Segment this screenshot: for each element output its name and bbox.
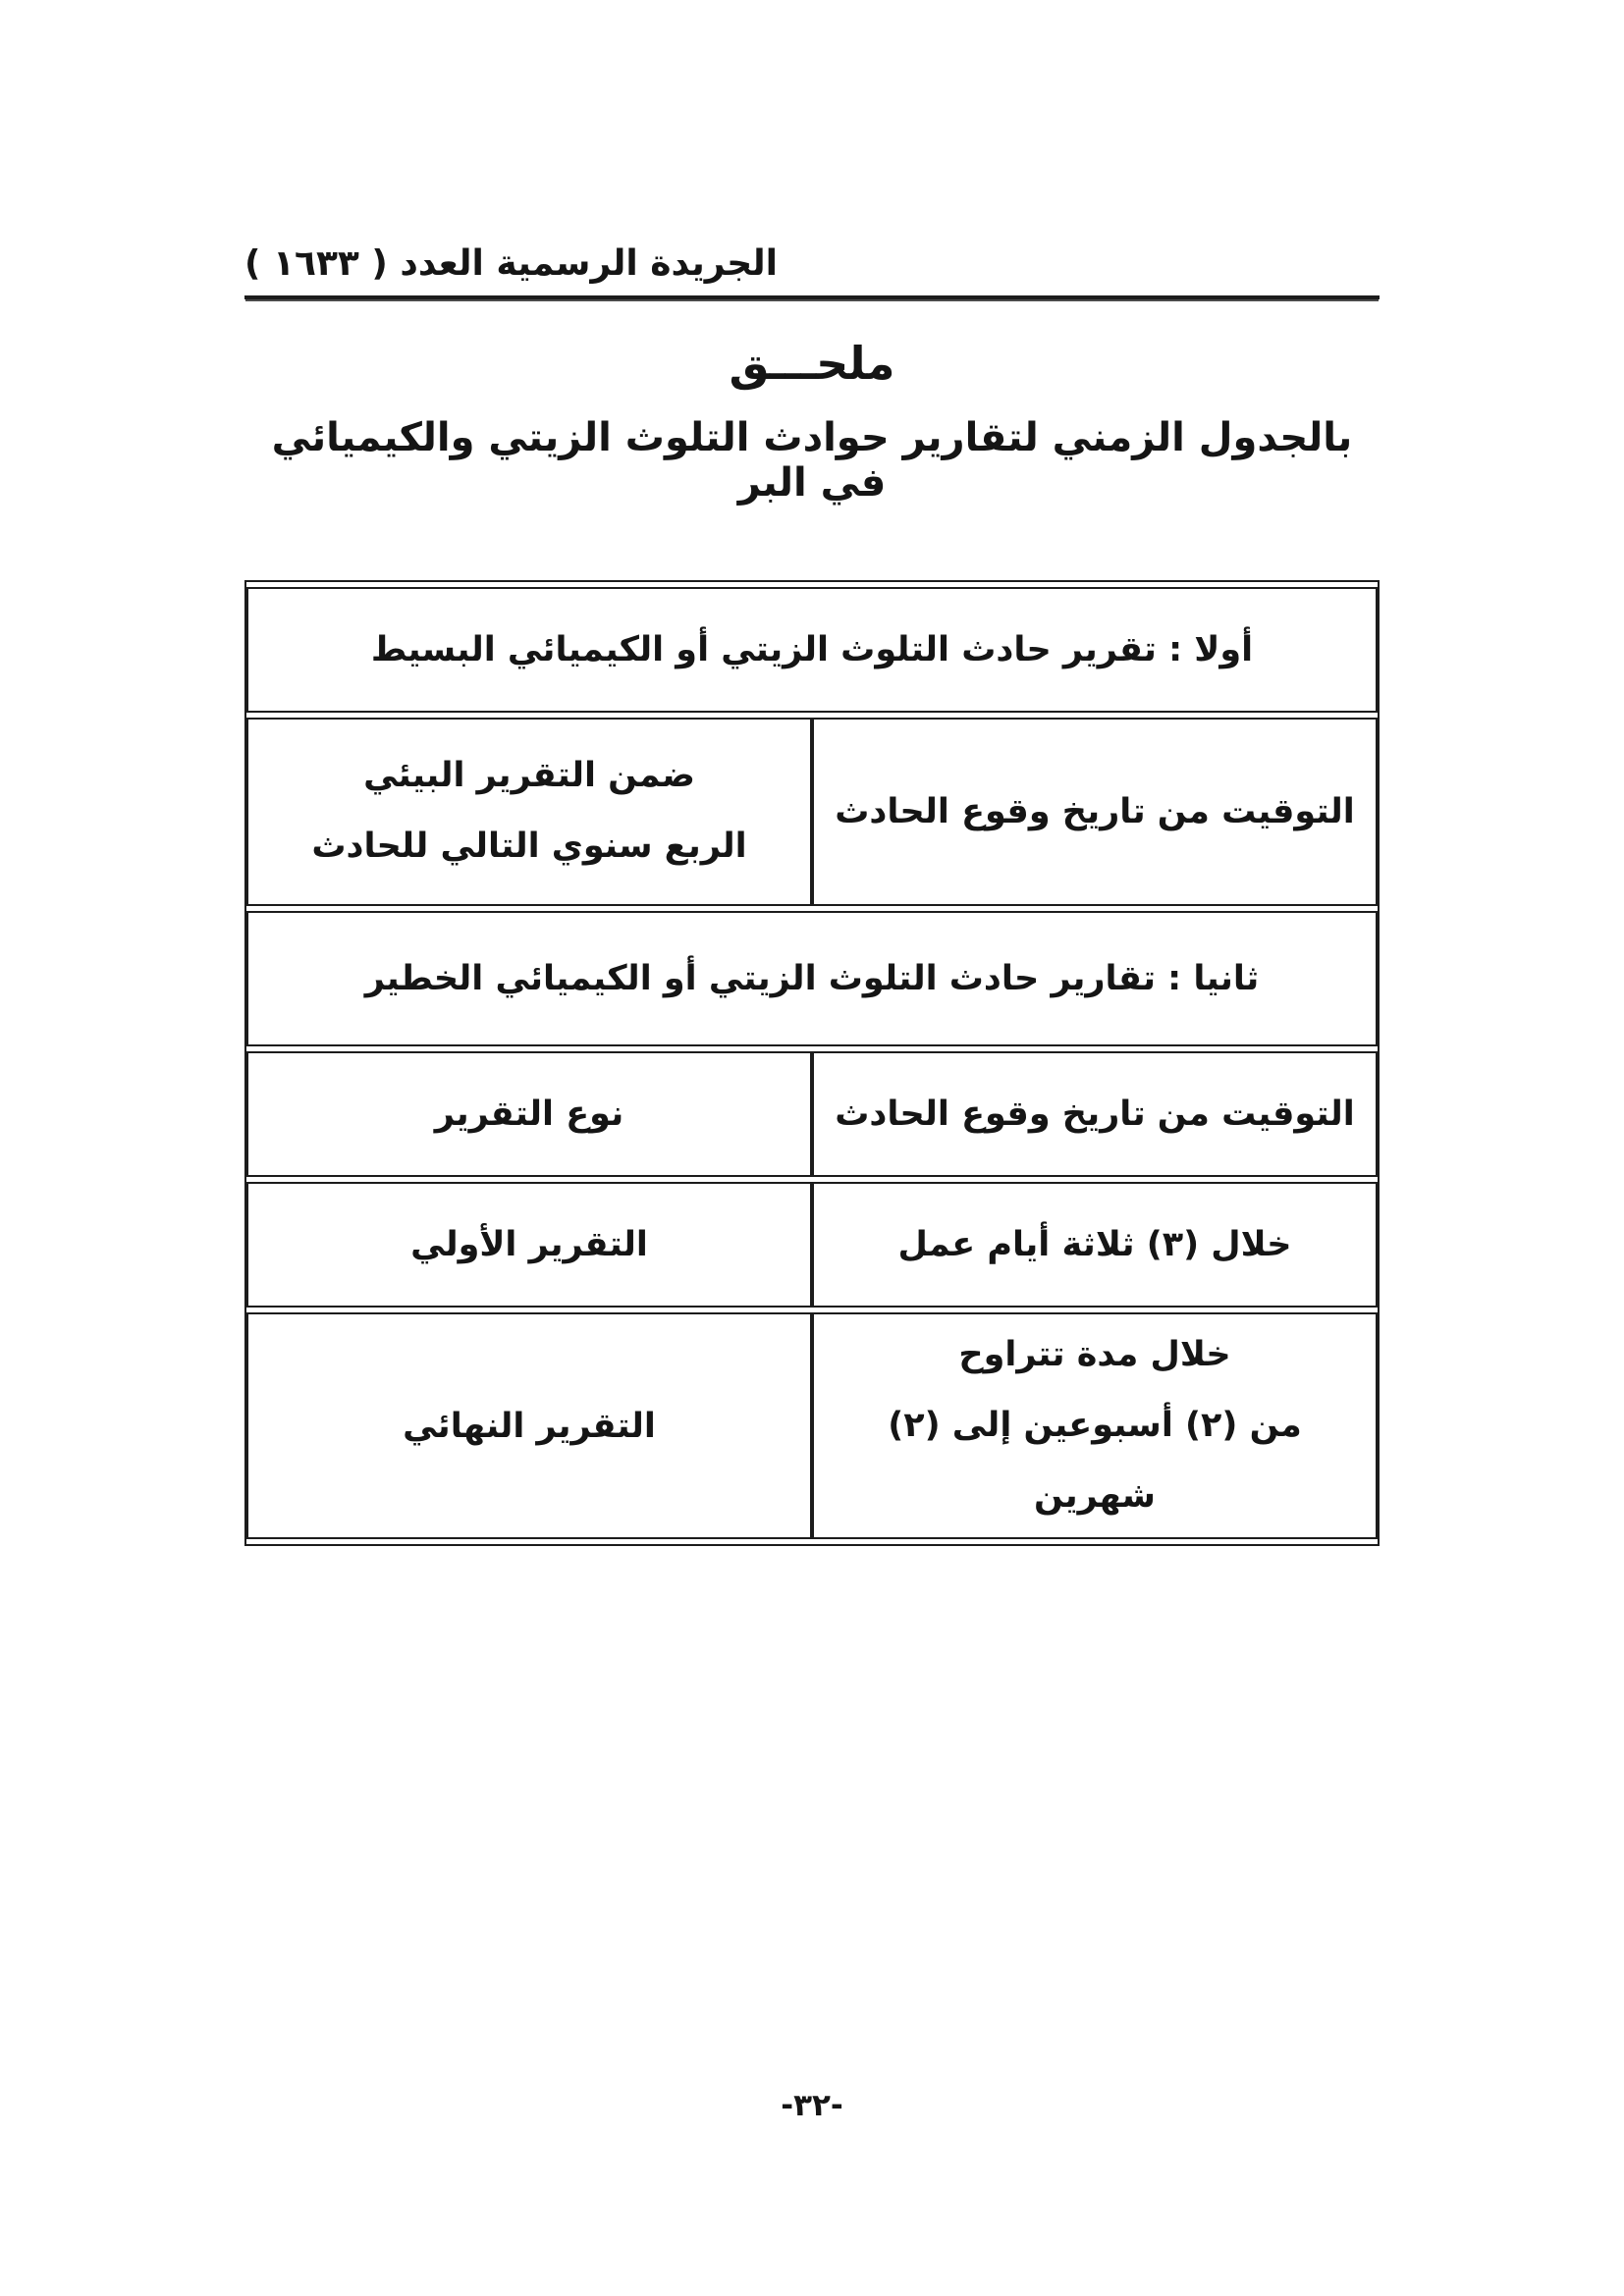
page-content: الجريدة الرسمية العدد ( ١٦٣٣ ) ملحـــق ب… [244,0,1380,2123]
table-row-final-report: خلال مدة تتراوح من (٢) أسبوعين إلى (٢) ش… [246,1312,1378,1539]
schedule-table: أولا : تقرير حادث التلوث الزيتي أو الكيم… [244,580,1380,1546]
page-title: ملحـــق [244,337,1380,390]
section2-header-cell: ثانيا : تقارير حادث التلوث الزيتي أو الك… [246,911,1378,1046]
final-report-type-cell: التقرير النهائي [246,1312,812,1539]
table-row-section1-header: أولا : تقرير حادث التلوث الزيتي أو الكيم… [246,587,1378,713]
document-page: الجريدة الرسمية العدد ( ١٦٣٣ ) ملحـــق ب… [0,0,1624,2296]
table-row-initial-report: خلال (٣) ثلاثة أيام عمل التقرير الأولي [246,1182,1378,1308]
page-footer: -٣٢- [244,2088,1380,2123]
header-rule [244,295,1380,299]
section1-header-cell: أولا : تقرير حادث التلوث الزيتي أو الكيم… [246,587,1378,713]
table-row-column-headers: التوقيت من تاريخ وقوع الحادث نوع التقرير [246,1051,1378,1177]
page-header: الجريدة الرسمية العدد ( ١٦٣٣ ) [244,0,1380,299]
column-header-timing: التوقيت من تاريخ وقوع الحادث [812,1051,1378,1177]
section1-report-cell: ضمن التقرير البيئي الربع سنوي التالي للح… [246,718,812,906]
initial-report-timing-cell: خلال (٣) ثلاثة أيام عمل [812,1182,1378,1308]
initial-report-type-cell: التقرير الأولي [246,1182,812,1308]
gazette-title: الجريدة الرسمية العدد ( ١٦٣٣ ) [244,0,1380,284]
final-report-timing-cell: خلال مدة تتراوح من (٢) أسبوعين إلى (٢) ش… [812,1312,1378,1539]
section1-timing-cell: التوقيت من تاريخ وقوع الحادث [812,718,1378,906]
page-subtitle: بالجدول الزمني لتقارير حوادث التلوث الزي… [244,415,1380,506]
table-row-section1-body: التوقيت من تاريخ وقوع الحادث ضمن التقرير… [246,718,1378,906]
page-number: -٣٢- [781,2088,843,2123]
table-row-section2-header: ثانيا : تقارير حادث التلوث الزيتي أو الك… [246,911,1378,1046]
column-header-report-type: نوع التقرير [246,1051,812,1177]
